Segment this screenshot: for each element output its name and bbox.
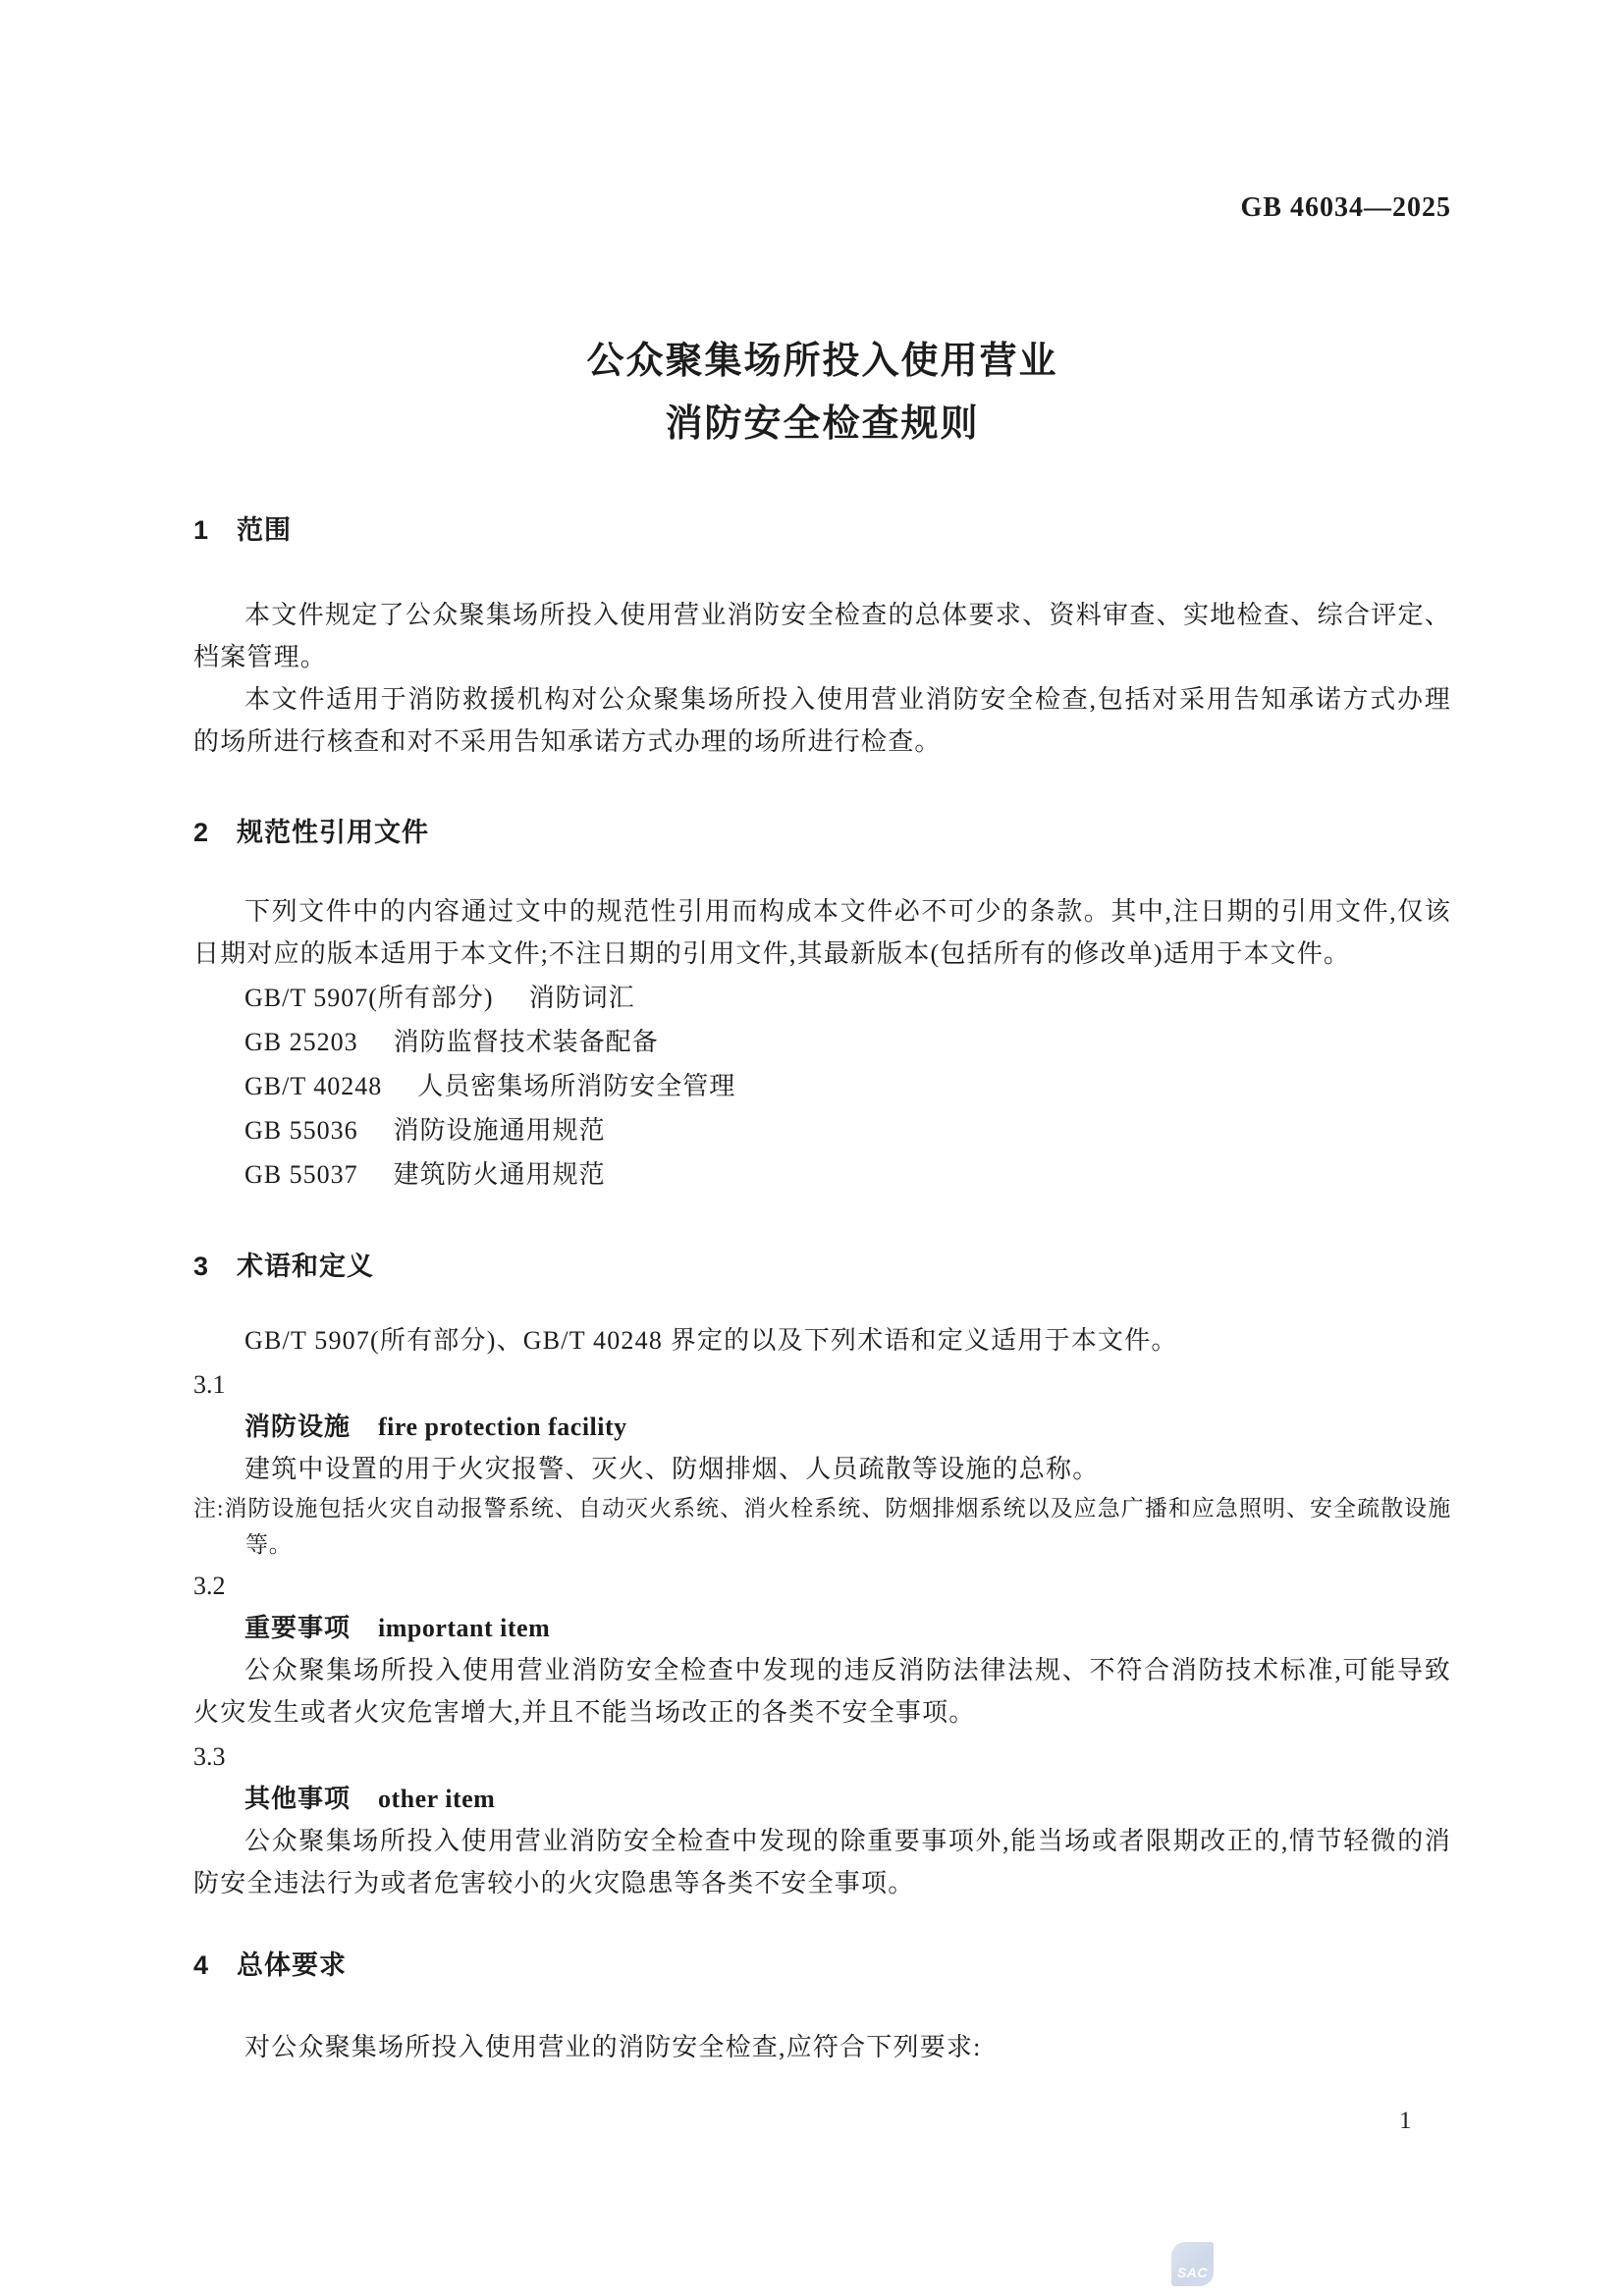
term-name-en: other item: [378, 1785, 495, 1813]
section-3-label: 术语和定义: [237, 1252, 374, 1281]
reference-code: GB 55036: [244, 1116, 358, 1145]
reference-item: GB 55036消防设施通用规范: [193, 1108, 1451, 1152]
term-name-en: important item: [378, 1614, 550, 1642]
term-name-zh: 其他事项: [244, 1784, 351, 1813]
reference-title: 消防设施通用规范: [394, 1116, 606, 1145]
reference-title: 人员密集场所消防安全管理: [417, 1072, 735, 1100]
section-2-number: 2: [193, 818, 209, 847]
reference-item: GB/T 40248人员密集场所消防安全管理: [193, 1064, 1451, 1108]
section-3-number: 3: [193, 1252, 209, 1281]
sac-logo-watermark: SAC: [1171, 2242, 1214, 2286]
section-1-heading: 1范围: [193, 510, 1451, 550]
clause-number: 3.1: [193, 1363, 1451, 1406]
term-definition: 建筑中设置的用于火灾报警、灭火、防烟排烟、人员疏散等设施的总称。: [193, 1448, 1451, 1490]
term-note: 注:消防设施包括火灾自动报警系统、自动灭火系统、消火栓系统、防烟排烟系统以及应急…: [193, 1490, 1451, 1563]
reference-title: 建筑防火通用规范: [394, 1160, 606, 1189]
clause-number: 3.3: [193, 1735, 1451, 1778]
standard-number: GB 46034—2025: [193, 194, 1451, 222]
section-2-label: 规范性引用文件: [237, 818, 429, 847]
section-4-number: 4: [193, 1950, 209, 1980]
section-2-heading: 2规范性引用文件: [193, 813, 1451, 852]
document-title: 公众聚集场所投入使用营业 消防安全检查规则: [193, 330, 1451, 455]
section-1-number: 1: [193, 515, 209, 545]
section-3-heading: 3术语和定义: [193, 1247, 1451, 1286]
general-requirements-intro: 对公众聚集场所投入使用营业的消防安全检查,应符合下列要求:: [193, 2026, 1451, 2068]
reference-item: GB 25203消防监督技术装备配备: [193, 1020, 1451, 1064]
title-line-2: 消防安全检查规则: [193, 393, 1451, 455]
reference-code: GB/T 40248: [244, 1072, 382, 1100]
reference-list: GB/T 5907(所有部分)消防词汇 GB 25203消防监督技术装备配备 G…: [193, 976, 1451, 1197]
scope-paragraph-1: 本文件规定了公众聚集场所投入使用营业消防安全检查的总体要求、资料审查、实地检查、…: [193, 594, 1451, 678]
section-4-heading: 4总体要求: [193, 1946, 1451, 1985]
document-page: GB 46034—2025 公众聚集场所投入使用营业 消防安全检查规则 1范围 …: [0, 0, 1624, 2296]
clause-number: 3.2: [193, 1565, 1451, 1607]
term-entry-3-2: 3.2 重要事项important item 公众聚集场所投入使用营业消防安全检…: [193, 1565, 1451, 1734]
reference-title: 消防监督技术装备配备: [394, 1028, 659, 1056]
scope-paragraph-2: 本文件适用于消防救援机构对公众聚集场所投入使用营业消防安全检查,包括对采用告知承…: [193, 678, 1451, 763]
term-entry-3-3: 3.3 其他事项other item 公众聚集场所投入使用营业消防安全检查中发现…: [193, 1735, 1451, 1904]
term-name-line: 其他事项other item: [193, 1778, 1451, 1820]
term-name-en: fire protection facility: [378, 1413, 627, 1441]
reference-item: GB 55037建筑防火通用规范: [193, 1152, 1451, 1197]
terms-intro: GB/T 5907(所有部分)、GB/T 40248 界定的以及下列术语和定义适…: [193, 1319, 1451, 1362]
term-definition: 公众聚集场所投入使用营业消防安全检查中发现的除重要事项外,能当场或者限期改正的,…: [193, 1820, 1451, 1904]
section-1-label: 范围: [237, 515, 292, 545]
normative-references-intro: 下列文件中的内容通过文中的规范性引用而构成本文件必不可少的条款。其中,注日期的引…: [193, 890, 1451, 975]
term-name-zh: 重要事项: [244, 1613, 351, 1642]
page-content: GB 46034—2025 公众聚集场所投入使用营业 消防安全检查规则 1范围 …: [193, 0, 1451, 2068]
reference-code: GB 25203: [244, 1028, 358, 1056]
title-line-1: 公众聚集场所投入使用营业: [193, 330, 1451, 393]
reference-code: GB 55037: [244, 1160, 358, 1189]
section-4-label: 总体要求: [237, 1950, 347, 1980]
term-name-line: 消防设施fire protection facility: [193, 1406, 1451, 1448]
page-number: 1: [1399, 2107, 1412, 2136]
term-definition: 公众聚集场所投入使用营业消防安全检查中发现的违反消防法律法规、不符合消防技术标准…: [193, 1649, 1451, 1734]
reference-title: 消防词汇: [529, 984, 635, 1012]
term-name-line: 重要事项important item: [193, 1607, 1451, 1649]
term-entry-3-1: 3.1 消防设施fire protection facility 建筑中设置的用…: [193, 1363, 1451, 1563]
reference-item: GB/T 5907(所有部分)消防词汇: [193, 976, 1451, 1020]
reference-code: GB/T 5907(所有部分): [244, 984, 494, 1012]
term-name-zh: 消防设施: [244, 1412, 351, 1441]
